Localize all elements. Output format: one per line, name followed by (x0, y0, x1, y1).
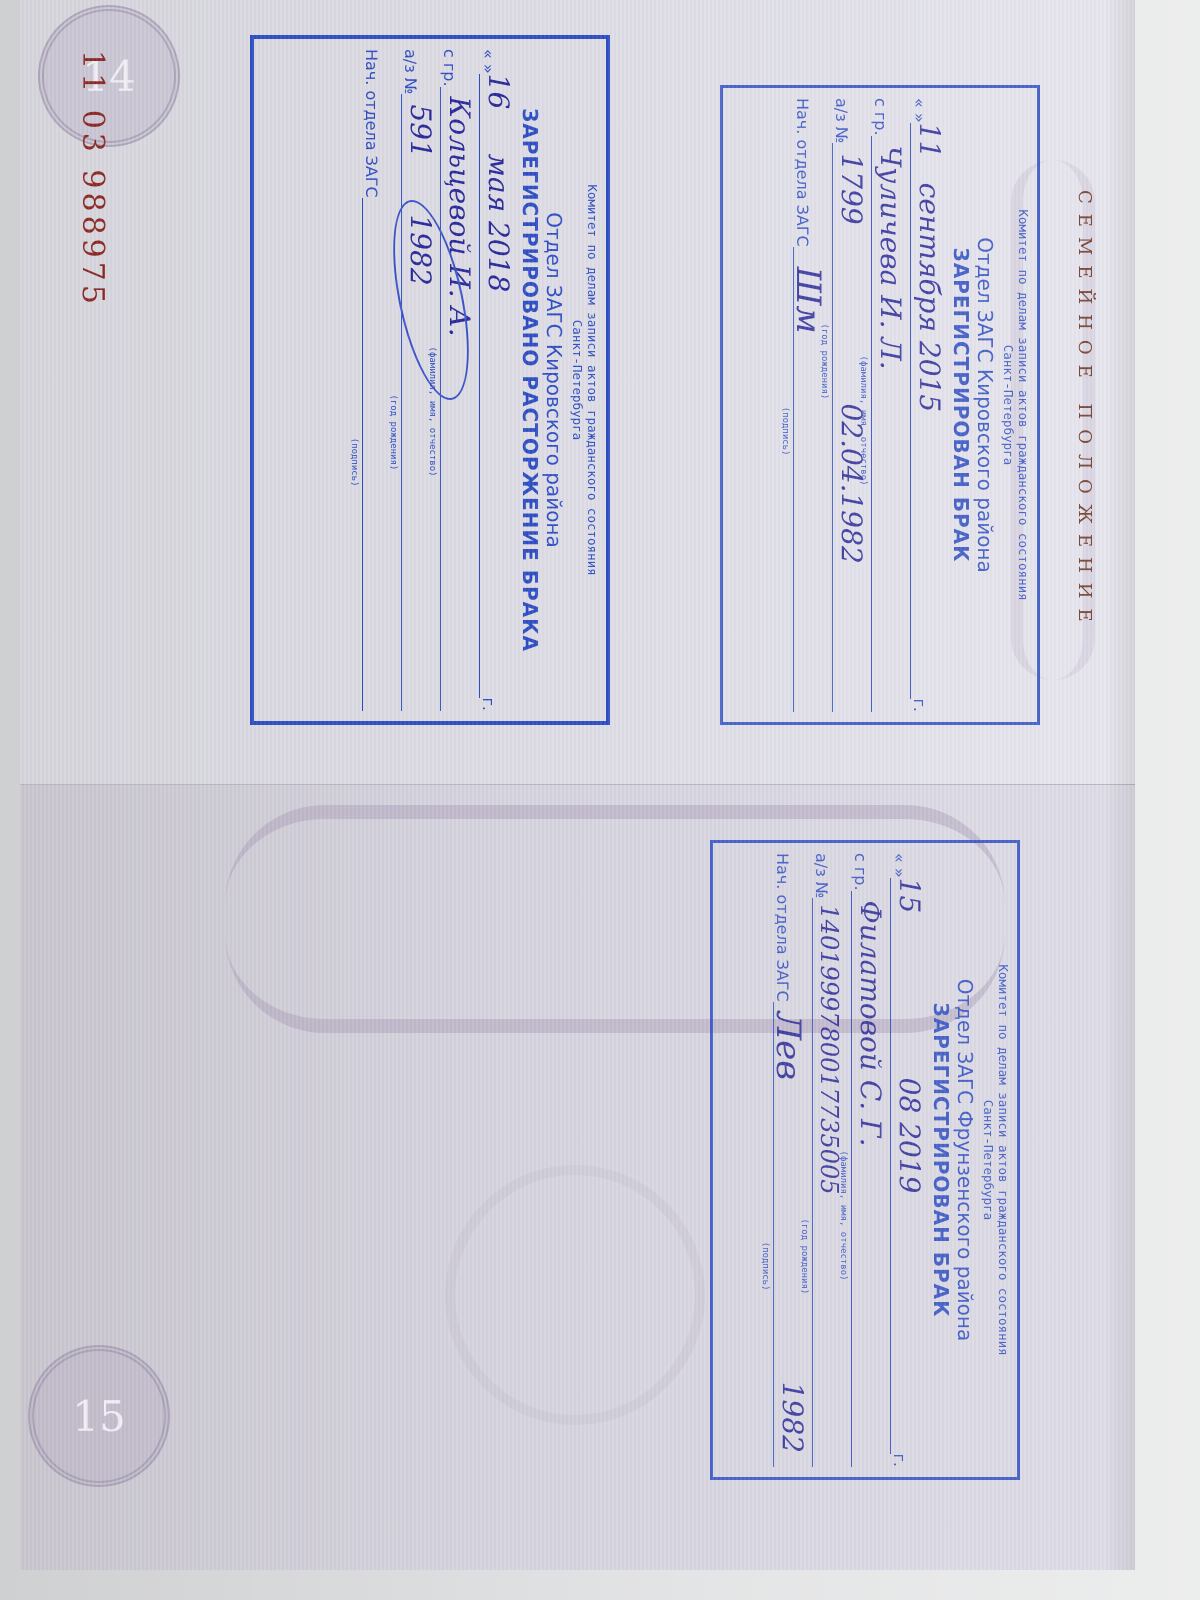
spouse-name: Чуличева И. Л. (874, 146, 907, 370)
stamp-committee: Комитет по делам записи актов гражданско… (996, 853, 1011, 1467)
signature-caption: (подпись) (349, 438, 359, 487)
stamp-committee: Комитет по делам записи актов гражданско… (585, 49, 600, 711)
signature-line: Лев 1982 (подпись) (773, 1002, 804, 1467)
marriage-stamp-2: Комитет по делам записи актов гражданско… (710, 840, 1020, 1480)
record-number: 591 (404, 104, 437, 157)
record-label: а/з № (832, 98, 851, 143)
watermark-number (445, 1165, 705, 1425)
date-line: 15 08 2019 (890, 878, 921, 1454)
record-row: а/з № 1799 02.04.1982 (год рождения) (832, 98, 863, 712)
date-line: 16 мая 2018 (479, 74, 510, 698)
passport-page-right: Комитет по делам записи актов гражданско… (20, 785, 1135, 1570)
page-number-text: 15 (72, 1392, 125, 1441)
head-row: Нач. отдела ЗАГС (подпись) (362, 49, 393, 711)
passport-page-left: СЕМЕЙНОЕ ПОЛОЖЕНИЕ Комитет по делам запи… (20, 0, 1135, 785)
page-edge-shadow (1105, 0, 1135, 1570)
record-line: 1401999780017735005 (год рождения) (812, 898, 843, 1467)
passport-spread: СЕМЕЙНОЕ ПОЛОЖЕНИЕ Комитет по делам запи… (20, 0, 1135, 1570)
stamp-title: ЗАРЕГИСТРИРОВАН БРАК (949, 98, 973, 712)
signature-line: Шм (подпись) (793, 247, 824, 712)
passport-series-number: 11 03 988975 (75, 50, 110, 308)
record-number: 1799 (835, 153, 868, 224)
head-row: Нач. отдела ЗАГС Лев 1982 (подпись) (773, 853, 804, 1467)
record-label: а/з № (401, 49, 420, 94)
stamp-office: Отдел ЗАГС Кировского района (973, 98, 997, 712)
spouse-line: Чуличева И. Л. (фамилия, имя, отчество) (871, 136, 902, 712)
spouse-line: Филатовой С. Г. (фамилия, имя, отчество) (851, 891, 882, 1467)
divorce-stamp: Комитет по делам записи актов гражданско… (250, 35, 610, 725)
date-day: 16 (482, 74, 515, 110)
date-label: « » (479, 49, 498, 74)
date-row: « » 11 сентября 2015 г. (910, 98, 941, 712)
signature: Шм (788, 267, 828, 334)
spouse-name: Филатовой С. Г. (854, 901, 887, 1147)
date-month-year: сентября 2015 (913, 183, 946, 413)
head-label: Нач. отдела ЗАГС (793, 98, 812, 247)
with-label: с гр. (851, 853, 870, 891)
year-suffix: г. (910, 699, 929, 713)
year-suffix: г. (479, 698, 498, 712)
stamp-committee: Комитет по делам записи актов гражданско… (1016, 98, 1031, 712)
date-row: « » 16 мая 2018 г. (479, 49, 510, 711)
year-suffix: г. (890, 1454, 909, 1468)
section-heading: СЕМЕЙНОЕ ПОЛОЖЕНИЕ (1074, 190, 1095, 632)
date-month-year: 08 2019 (893, 1078, 926, 1194)
date-day: 15 (893, 878, 926, 914)
record-line: 1799 02.04.1982 (год рождения) (832, 143, 863, 712)
head-label: Нач. отдела ЗАГС (773, 853, 792, 1002)
with-label: с гр. (440, 49, 459, 87)
stamp-city: Санкт-Петербурга (1001, 98, 1016, 712)
head-row: Нач. отдела ЗАГС Шм (подпись) (793, 98, 824, 712)
date-day: 11 (913, 123, 946, 159)
stamp-city: Санкт-Петербурга (570, 49, 585, 711)
page-number-15: 15 (28, 1345, 170, 1487)
signature-caption: (подпись) (760, 1242, 770, 1291)
date-line: 11 сентября 2015 (910, 123, 941, 699)
record-line: 591 1982 (год рождения) (401, 94, 432, 711)
birth-date: 02.04.1982 (835, 403, 868, 563)
signature-line: (подпись) (362, 198, 393, 711)
signature-caption: (подпись) (780, 407, 790, 456)
head-label: Нач. отдела ЗАГС (362, 49, 381, 198)
signature: Лев (768, 1012, 808, 1080)
record-label: а/з № (812, 853, 831, 898)
stamp-office: Отдел ЗАГС Кировского района (542, 49, 566, 711)
stamp-title: ЗАРЕГИСТРИРОВАН БРАК (929, 853, 953, 1467)
spouse-row: с гр. Чуличева И. Л. (фамилия, имя, отче… (871, 98, 902, 712)
date-month-year: мая 2018 (482, 154, 515, 293)
date-label: « » (910, 98, 929, 123)
stamp-office: Отдел ЗАГС Фрунзенского района (953, 853, 977, 1467)
record-row: а/з № 1401999780017735005 (год рождения) (812, 853, 843, 1467)
birth-date: 1982 (776, 1382, 809, 1453)
stamp-title: ЗАРЕГИСТРИРОВАНО РАСТОРЖЕНИЕ БРАКА (518, 49, 542, 711)
date-label: « » (890, 853, 909, 878)
date-row: « » 15 08 2019 г. (890, 853, 921, 1467)
spouse-row: с гр. Филатовой С. Г. (фамилия, имя, отч… (851, 853, 882, 1467)
record-number: 1401999780017735005 (815, 904, 843, 1194)
stamp-city: Санкт-Петербурга (981, 853, 996, 1467)
with-label: с гр. (871, 98, 890, 136)
marriage-stamp-1: Комитет по делам записи актов гражданско… (720, 85, 1040, 725)
